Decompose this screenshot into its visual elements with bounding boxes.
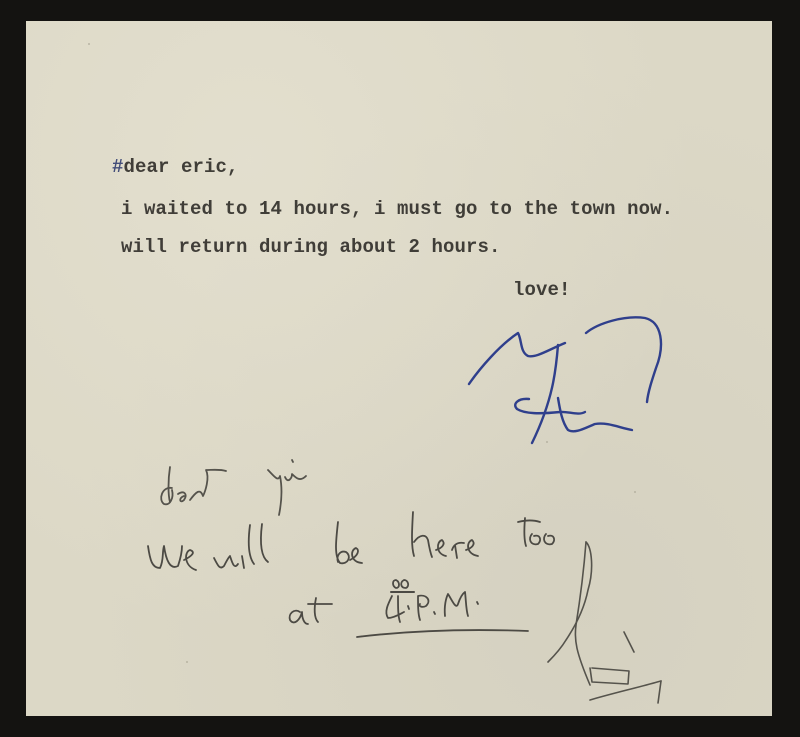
paper-speck: [186, 661, 188, 663]
paper-speck: [634, 491, 636, 493]
body-line-2: will return during about 2 hours.: [121, 238, 501, 257]
salutation-text: dear eric,: [124, 156, 239, 178]
closing-line: love!: [513, 281, 571, 300]
typo-mark: #: [112, 156, 124, 178]
note-paper: [26, 21, 772, 716]
body-line-1: i waited to 14 hours, i must go to the t…: [121, 200, 673, 219]
paper-speck: [88, 43, 90, 45]
salutation-line: #dear eric,: [112, 158, 239, 177]
paper-speck: [546, 441, 548, 443]
